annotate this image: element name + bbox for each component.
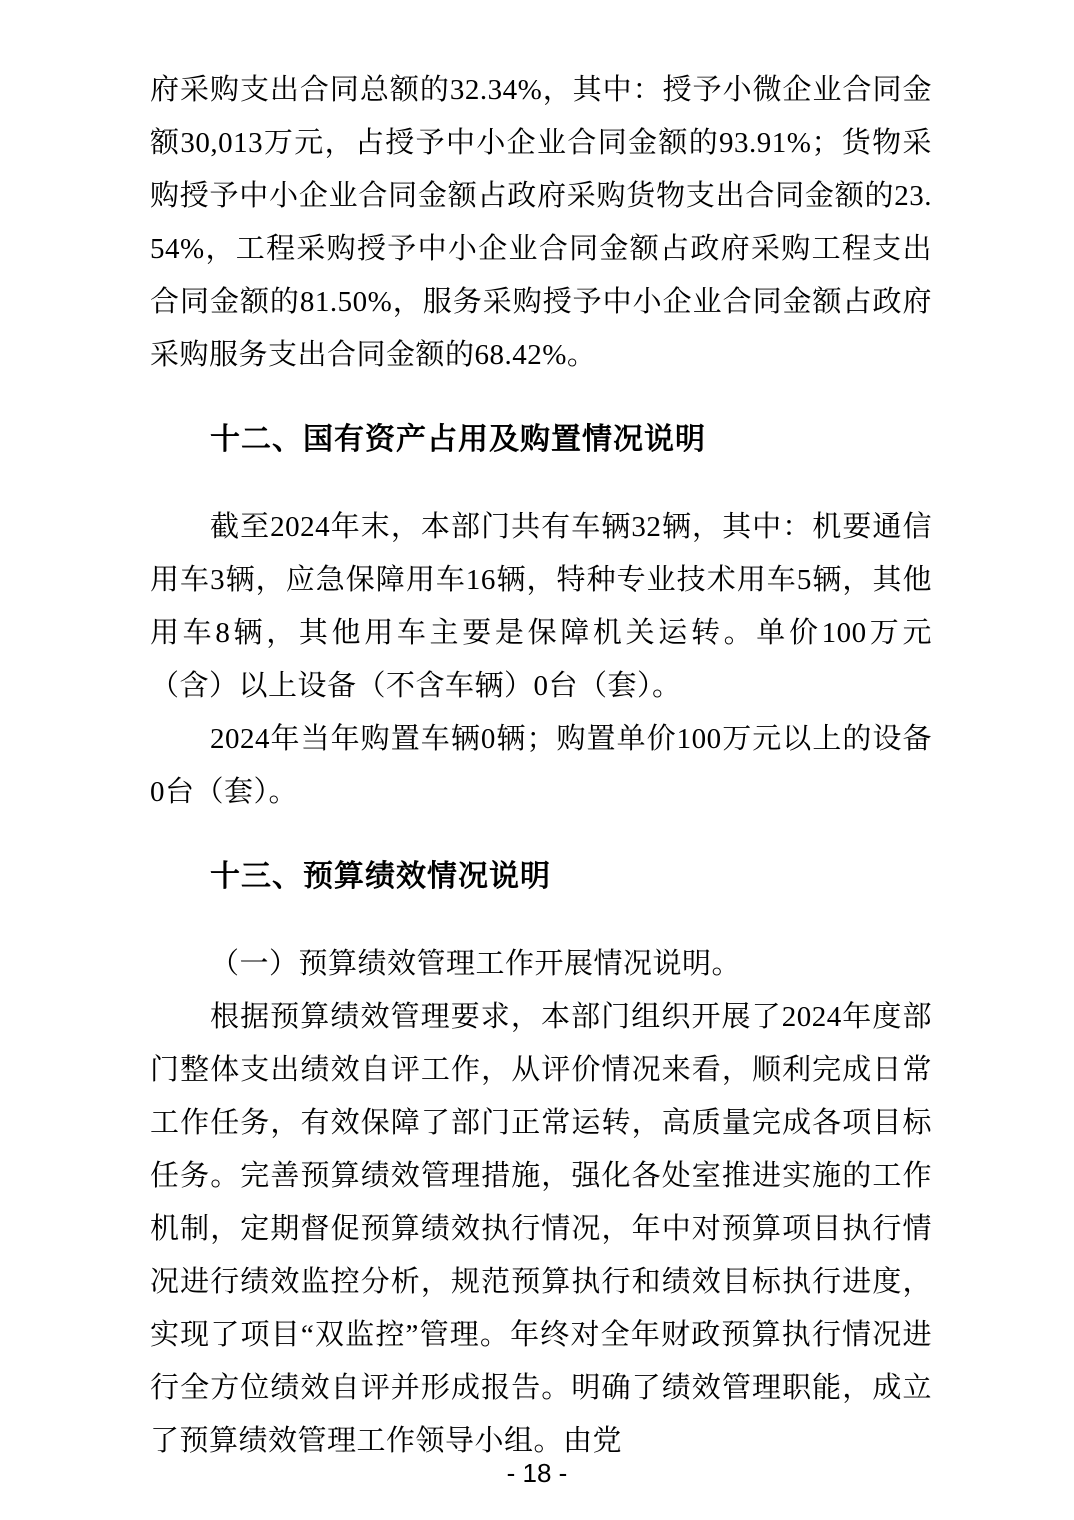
document-page: 府采购支出合同总额的32.34%，其中：授予小微企业合同金额30,013万元，占… xyxy=(0,0,1074,1520)
section-13-performance-paragraph: 根据预算绩效管理要求，本部门组织开展了2024年度部门整体支出绩效自评工作，从评… xyxy=(150,991,932,1468)
section-12-purchases-paragraph: 2024年当年购置车辆0辆；购置单价100万元以上的设备0台（套）。 xyxy=(150,713,932,819)
page-number: - 18 - xyxy=(0,1458,1074,1489)
section-12-vehicles-paragraph: 截至2024年末，本部门共有车辆32辆，其中：机要通信用车3辆，应急保障用车16… xyxy=(150,501,932,713)
section-12-heading: 十二、国有资产占用及购置情况说明 xyxy=(150,418,932,462)
section-13-subheading: （一）预算绩效管理工作开展情况说明。 xyxy=(150,938,932,991)
document-content: 府采购支出合同总额的32.34%，其中：授予小微企业合同金额30,013万元，占… xyxy=(150,64,932,1468)
section-13-heading: 十三、预算绩效情况说明 xyxy=(150,855,932,899)
procurement-continuation-paragraph: 府采购支出合同总额的32.34%，其中：授予小微企业合同金额30,013万元，占… xyxy=(150,64,932,382)
